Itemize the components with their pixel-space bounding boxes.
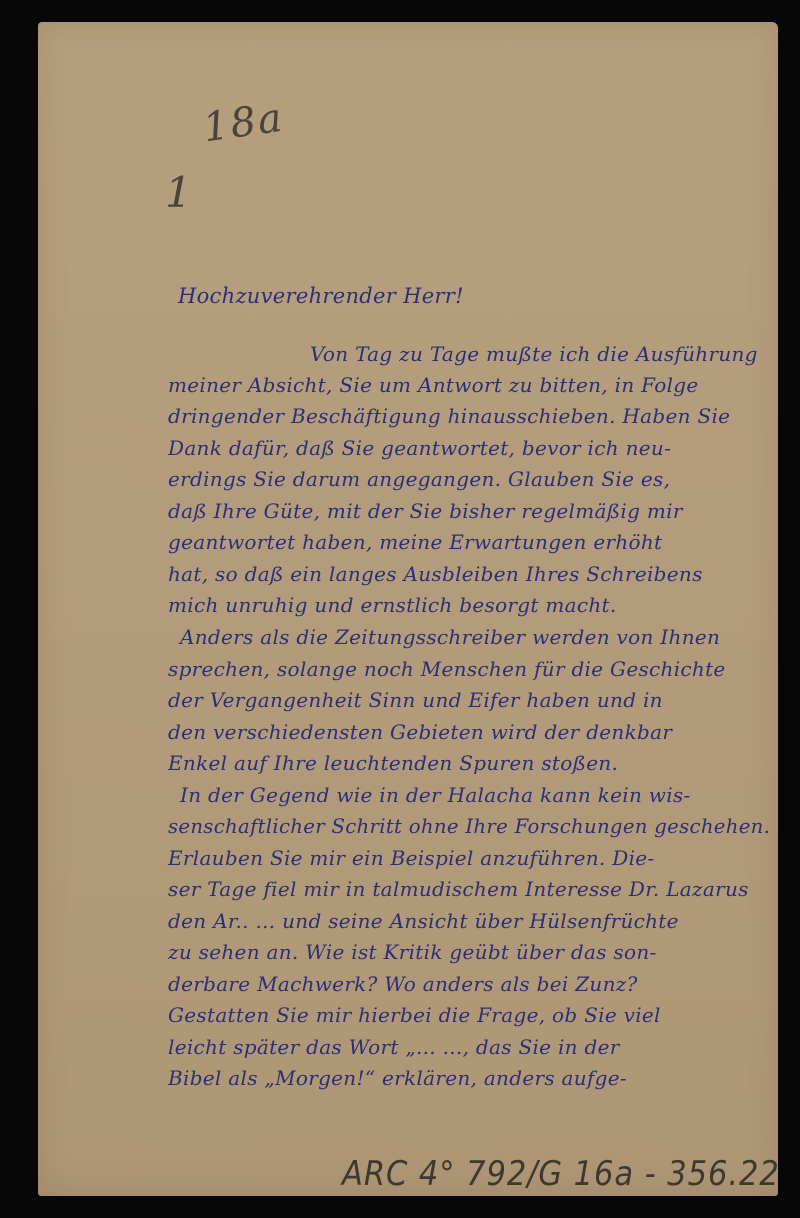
letter-line: senschaftlicher Schritt ohne Ihre Forsch… xyxy=(168,814,770,838)
letter-line: Enkel auf Ihre leuchtenden Spuren stoßen… xyxy=(168,751,618,775)
letter-line: Gestatten Sie mir hierbei die Frage, ob … xyxy=(168,1003,661,1027)
letter-line: daß Ihre Güte, mit der Sie bisher regelm… xyxy=(168,499,683,523)
letter-line: Erlauben Sie mir ein Beispiel anzuführen… xyxy=(168,846,654,870)
letter-line: leicht später das Wort „... ..., das Sie… xyxy=(168,1035,620,1059)
letter-line: den verschiedensten Gebieten wird der de… xyxy=(168,720,672,744)
letter-line: den Ar.. ... und seine Ansicht über Hüls… xyxy=(168,909,679,933)
letter-line: der Vergangenheit Sinn und Eifer haben u… xyxy=(168,688,663,712)
letter-line: zu sehen an. Wie ist Kritik geübt über d… xyxy=(168,940,657,964)
letter-line: Anders als die Zeitungsschreiber werden … xyxy=(180,625,720,649)
letter-line: derbare Machwerk? Wo anders als bei Zunz… xyxy=(168,972,638,996)
letter-line: In der Gegend wie in der Halacha kann ke… xyxy=(180,783,691,807)
letter-line: meiner Absicht, Sie um Antwort zu bitten… xyxy=(168,373,699,397)
letter-line: erdings Sie darum angegangen. Glauben Si… xyxy=(168,467,670,491)
letter-line: geantwortet haben, meine Erwartungen erh… xyxy=(168,530,662,554)
letter-line: mich unruhig und ernstlich besorgt macht… xyxy=(168,593,617,617)
letter-line: Dank dafür, daß Sie geantwortet, bevor i… xyxy=(168,436,671,460)
letter-line: hat, so daß ein langes Ausbleiben Ihres … xyxy=(168,562,703,586)
letter-line: dringender Beschäftigung hinausschieben.… xyxy=(168,404,730,428)
letter-line: ser Tage fiel mir in talmudischem Intere… xyxy=(168,877,749,901)
page-number: 1 xyxy=(165,168,192,217)
letter-line: sprechen, solange noch Menschen für die … xyxy=(168,657,726,681)
salutation: Hochzuverehrender Herr! xyxy=(178,284,464,308)
letter-line: Bibel als „Morgen!“ erklären, anders auf… xyxy=(168,1066,627,1090)
archive-signature: ARC 4° 792/G 16a - 356.22 xyxy=(342,1154,780,1194)
letter-line: Von Tag zu Tage mußte ich die Ausführung xyxy=(310,342,758,366)
